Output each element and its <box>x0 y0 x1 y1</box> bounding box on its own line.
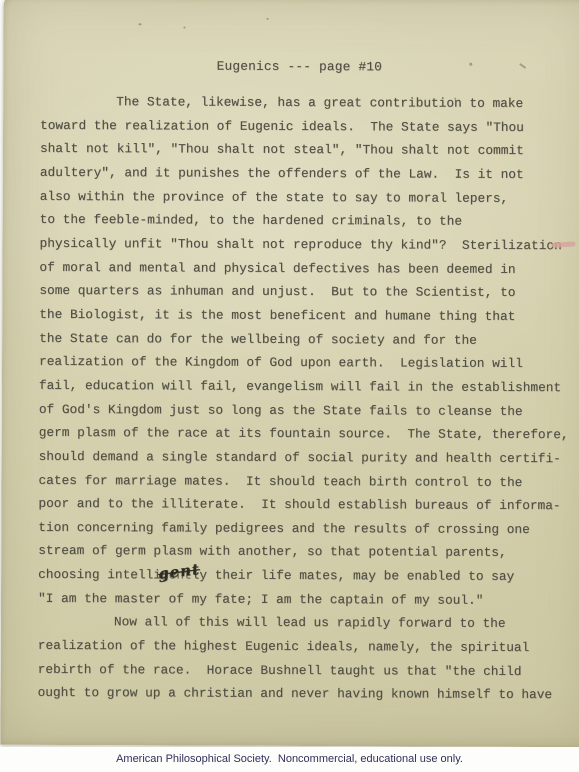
typed-line: "I am the master of my fate; I am the ca… <box>38 587 579 613</box>
scanned-document-page: Eugenics --- page #10 The State, likewis… <box>0 0 579 747</box>
typed-line: stream of germ plasm with another, so th… <box>38 539 579 565</box>
handwriting-overlay: gent <box>157 558 201 586</box>
typed-segment: choosing intelli <box>38 567 161 583</box>
typed-line: to the feeble-minded, to the hardened cr… <box>40 208 579 234</box>
paper-speck <box>469 63 472 66</box>
typed-line: The State, likewise, has a great contrib… <box>40 90 579 116</box>
attribution-footer: American Philosophical Society. Noncomme… <box>0 747 579 772</box>
typed-line: also within the province of the state to… <box>40 184 579 210</box>
typed-line: cates for marriage mates. It should teac… <box>38 468 579 494</box>
document-header: Eugenics --- page #10 <box>3 58 579 76</box>
typed-line: ought to grow up a christian and never h… <box>38 681 579 707</box>
paper-speck <box>139 23 142 25</box>
typed-line: physically unfit "Thou shalt not reprodu… <box>39 232 579 258</box>
typed-line: germ plasm of the race at its fountain s… <box>39 421 579 447</box>
typed-line: the Biologist, it is the most beneficent… <box>39 303 579 329</box>
typed-line: poor and to the illiterate. It should es… <box>38 492 579 518</box>
typed-line: adultery", and it punishes the offenders… <box>40 161 579 187</box>
paper-speck <box>454 98 456 100</box>
handwritten-correction: gentgent <box>161 564 192 588</box>
typed-line: Now all of this will lead us rapidly for… <box>38 610 579 636</box>
typed-line: realization of the Kingdom of God upon e… <box>39 350 579 376</box>
paper-speck <box>183 26 185 28</box>
typed-line: of God's Kingdom just so long as the Sta… <box>39 397 579 423</box>
typed-line-with-correction: choosing intelligentgently their life ma… <box>38 563 579 589</box>
typed-line: realization of the highest Eugenic ideal… <box>38 634 579 660</box>
typed-text-block: The State, likewise, has a great contrib… <box>38 90 579 707</box>
typed-line: fail, education will fail, evangelism wi… <box>39 374 579 400</box>
typed-segment: ly their life mates, may be enabled to s… <box>192 568 515 584</box>
typed-line: the State can do for the wellbeing of so… <box>39 326 579 352</box>
typed-line: toward the realization of Eugenic ideals… <box>40 114 579 140</box>
typed-line: some quarters as inhuman and unjust. But… <box>39 279 579 305</box>
typed-line: rebirth of the race. Horace Bushnell tau… <box>38 658 579 684</box>
typed-line: tion concerning family pedigrees and the… <box>38 516 579 542</box>
paper-speck <box>267 18 269 20</box>
typed-line: shalt not kill", "Thou shalt not steal",… <box>40 137 579 163</box>
typed-line: of moral and mental and physical defecti… <box>39 255 579 281</box>
typed-line: should demand a single standard of socia… <box>39 445 579 471</box>
